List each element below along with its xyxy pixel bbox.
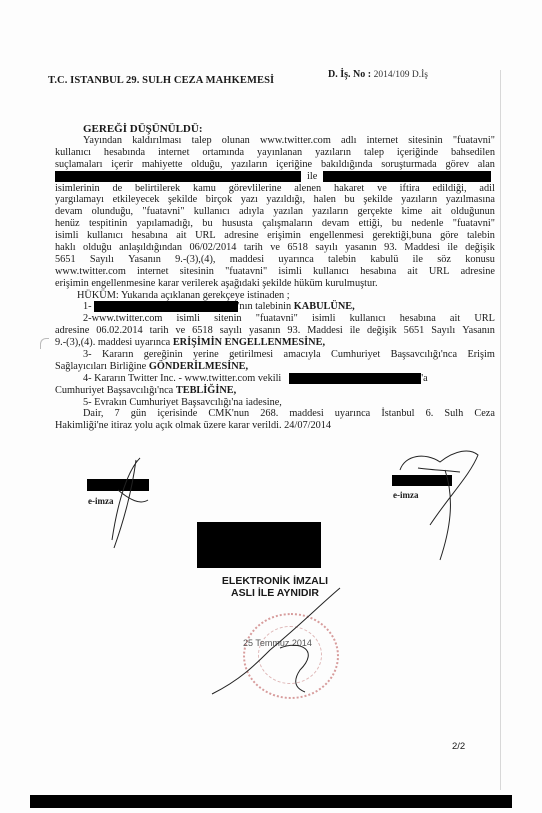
case-number-label: D. İş. No :	[328, 69, 371, 80]
body-line: kullanıcıhesabındainternetortamındayayın…	[55, 147, 495, 159]
signature-right-icon	[400, 451, 478, 560]
item-decision: ERİŞİMİN ENGELLENMESİNE,	[173, 337, 325, 349]
body-line: 5651SayılıYasanın9.-(3),(4),maddesiuyarı…	[55, 254, 495, 266]
stamp-line-2: ASLI İLE AYNIDIR	[200, 587, 350, 599]
official-seal-inner	[258, 626, 322, 684]
redacted-block	[197, 522, 321, 568]
document-body: Yayındankaldırılmasıtalepolunanwww.twitt…	[55, 135, 495, 432]
redaction-bar	[289, 373, 421, 384]
verdict-item-4-line: 4- Kararın Twitter Inc. - www.twitter.co…	[55, 373, 495, 385]
seal-date: 25 Temmuz 2014	[243, 638, 312, 648]
verdict-intro: HÜKÜM: Yukarıda açıklanan gerekçeye isti…	[55, 290, 495, 302]
redacted-signer-right	[392, 475, 452, 486]
case-number: D. İş. No : 2014/109 D.İş	[328, 69, 428, 80]
body-line: suçlamalarıiçerirmahiyetteolduğu,yazılar…	[55, 159, 495, 171]
body-line: henüztespitininyapılamadığı,buhusustaçal…	[55, 218, 495, 230]
verdict-item-5: 5- Evrakın Cumhuriyet Başsavcılığı'na ia…	[55, 397, 495, 409]
verdict-item-2-line: adresine06.02.2014tarihve6518sayılıyasan…	[55, 325, 495, 337]
item-text: Sağlayıcıları Birliğine	[55, 361, 146, 373]
item-decision: KABULÜNE,	[294, 301, 355, 313]
redaction-bar-bottom	[30, 795, 512, 808]
page-number: 2/2	[452, 741, 465, 752]
document-page: T.C. ISTANBUL 29. SULH CEZA MAHKEMESİ D.…	[0, 0, 542, 813]
item-text: 'a	[421, 373, 427, 385]
certification-stamp: ELEKTRONİK İMZALI ASLI İLE AYNIDIR	[200, 575, 350, 599]
scan-mark	[40, 338, 49, 349]
closing-line: Dair,7güniçerisindeCMK'nun268.maddesiuya…	[55, 408, 495, 420]
body-line: Yayındankaldırılmasıtalepolunanwww.twitt…	[55, 135, 495, 147]
connector-text: ile	[307, 171, 317, 183]
item-decision: TEBLİĞİNE,	[176, 385, 236, 397]
item-text: Cumhuriyet Başsavcılığı'nca	[55, 385, 173, 397]
item-text: 'nın talebinin	[238, 301, 292, 313]
body-line: isimlikullanıcıhesabınaaitURLadresineeri…	[55, 230, 495, 242]
body-line-redacted: ile	[55, 171, 495, 183]
verdict-item-2-line: 9.-(3),(4). maddesi uyarınca ERİŞİMİN EN…	[55, 337, 495, 349]
item-number: 1-	[83, 301, 92, 313]
item-decision: GÖNDERİLMESİNE,	[149, 361, 248, 373]
case-number-value: 2014/109 D.İş	[374, 70, 428, 80]
verdict-item-3-line: Sağlayıcıları Birliğine GÖNDERİLMESİNE,	[55, 361, 495, 373]
body-line: www.twitter.cominternetsitesinin"fuatavn…	[55, 266, 495, 278]
redaction-bar	[55, 171, 301, 182]
verdict-item-4-line: Cumhuriyet Başsavcılığı'nca TEBLİĞİNE,	[55, 385, 495, 397]
redacted-signer-left	[87, 479, 149, 491]
redaction-bar	[94, 301, 238, 312]
signature-left-icon	[112, 458, 148, 548]
redaction-bar	[323, 171, 491, 182]
e-signature-label-right: e-imza	[393, 490, 418, 500]
section-title: GEREĞİ DÜŞÜNÜLDÜ:	[83, 123, 203, 135]
item-text: 4- Kararın Twitter Inc. - www.twitter.co…	[83, 373, 281, 385]
body-line: haklıolduğuanlaşıldığından06/02/2014tari…	[55, 242, 495, 254]
e-signature-label-left: e-imza	[88, 496, 113, 506]
body-line: yargılamayıetkileyecekşekildebirçokyazıy…	[55, 194, 495, 206]
verdict-item-2-line: 2-www.twitter.comisimlisitenin"fuatavni"…	[55, 313, 495, 325]
verdict-item-1: 1- 'nın talebinin KABULÜNE,	[55, 301, 495, 313]
body-line: isimlerinindebelirtilerekkamugörevlileri…	[55, 183, 495, 195]
closing-line: Hakimliği'ne itiraz yolu açık olmak üzer…	[55, 420, 495, 432]
body-line: erişimin engellenmesine karar verilerek …	[55, 278, 495, 290]
stamp-line-1: ELEKTRONİK İMZALI	[200, 575, 350, 587]
page-edge-line	[500, 70, 501, 790]
item-text: 9.-(3),(4). maddesi uyarınca	[55, 337, 170, 349]
court-name: T.C. ISTANBUL 29. SULH CEZA MAHKEMESİ	[48, 75, 274, 86]
body-line: devamolunduğu,"fuatavni"kullanıcıadıylay…	[55, 206, 495, 218]
verdict-item-3-line: 3-Kararıngereğininyerinegetirilmesiamacı…	[55, 349, 495, 361]
